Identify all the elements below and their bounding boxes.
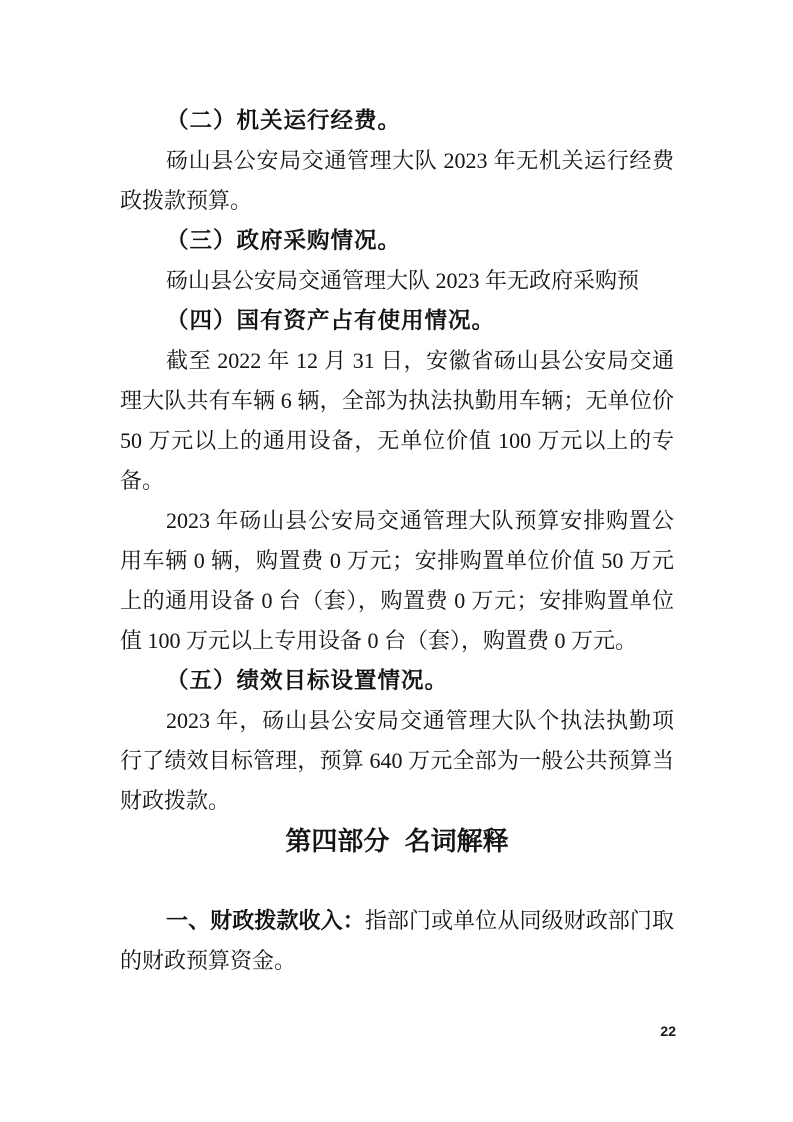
- section-2-paragraph-line: 砀山县公安局交通管理大队 2023 年无机关运行经费财: [120, 141, 674, 181]
- section-5-paragraph-line: 行了绩效目标管理，预算 640 万元全部为一般公共预算当年: [120, 741, 674, 781]
- section-3-paragraph-line: 砀山县公安局交通管理大队 2023 年无政府采购预算。: [120, 261, 674, 301]
- term-1-definition-line: 一、财政拨款收入：指部门或单位从同级财政部门取得: [120, 901, 674, 941]
- section-4-paragraph-1-line: 50 万元以上的通用设备，无单位价值 100 万元以上的专用设: [120, 421, 674, 461]
- section-4-heading: （四）国有资产占有使用情况。: [120, 301, 674, 341]
- term-1-definition-line: 的财政预算资金。: [120, 941, 674, 981]
- section-4-paragraph-2-line: 值 100 万元以上专用设备 0 台（套），购置费 0 万元。: [120, 621, 674, 661]
- section-2-heading: （二）机关运行经费。: [120, 101, 674, 141]
- section-2-paragraph-line: 政拨款预算。: [120, 181, 674, 221]
- section-4-paragraph-2-line: 2023 年砀山县公安局交通管理大队预算安排购置公务: [120, 501, 674, 541]
- term-1-label: 一、财政拨款收入：: [166, 908, 365, 933]
- document-content: （二）机关运行经费。 砀山县公安局交通管理大队 2023 年无机关运行经费财 政…: [120, 101, 674, 981]
- section-4-paragraph-2-line: 用车辆 0 辆，购置费 0 万元；安排购置单位价值 50 万元以: [120, 541, 674, 581]
- section-4-paragraph-2-line: 上的通用设备 0 台（套），购置费 0 万元；安排购置单位价: [120, 581, 674, 621]
- page-number: 22: [660, 1021, 676, 1041]
- section-4-paragraph-1-line: 截至 2022 年 12 月 31 日，安徽省砀山县公安局交通管: [120, 341, 674, 381]
- section-5-heading: （五）绩效目标设置情况。: [120, 661, 674, 701]
- section-4-paragraph-1-line: 备。: [120, 461, 674, 501]
- part-4-title: 第四部分 名词解释: [120, 821, 674, 861]
- section-5-paragraph-line: 2023 年，砀山县公安局交通管理大队个执法执勤项目实: [120, 701, 674, 741]
- document-page: （二）机关运行经费。 砀山县公安局交通管理大队 2023 年无机关运行经费财 政…: [0, 0, 793, 1122]
- section-4-paragraph-1-line: 理大队共有车辆 6 辆，全部为执法执勤用车辆；无单位价值: [120, 381, 674, 421]
- section-3-heading: （三）政府采购情况。: [120, 221, 674, 261]
- blank-line: [120, 861, 674, 901]
- section-5-paragraph-line: 财政拨款。: [120, 781, 674, 821]
